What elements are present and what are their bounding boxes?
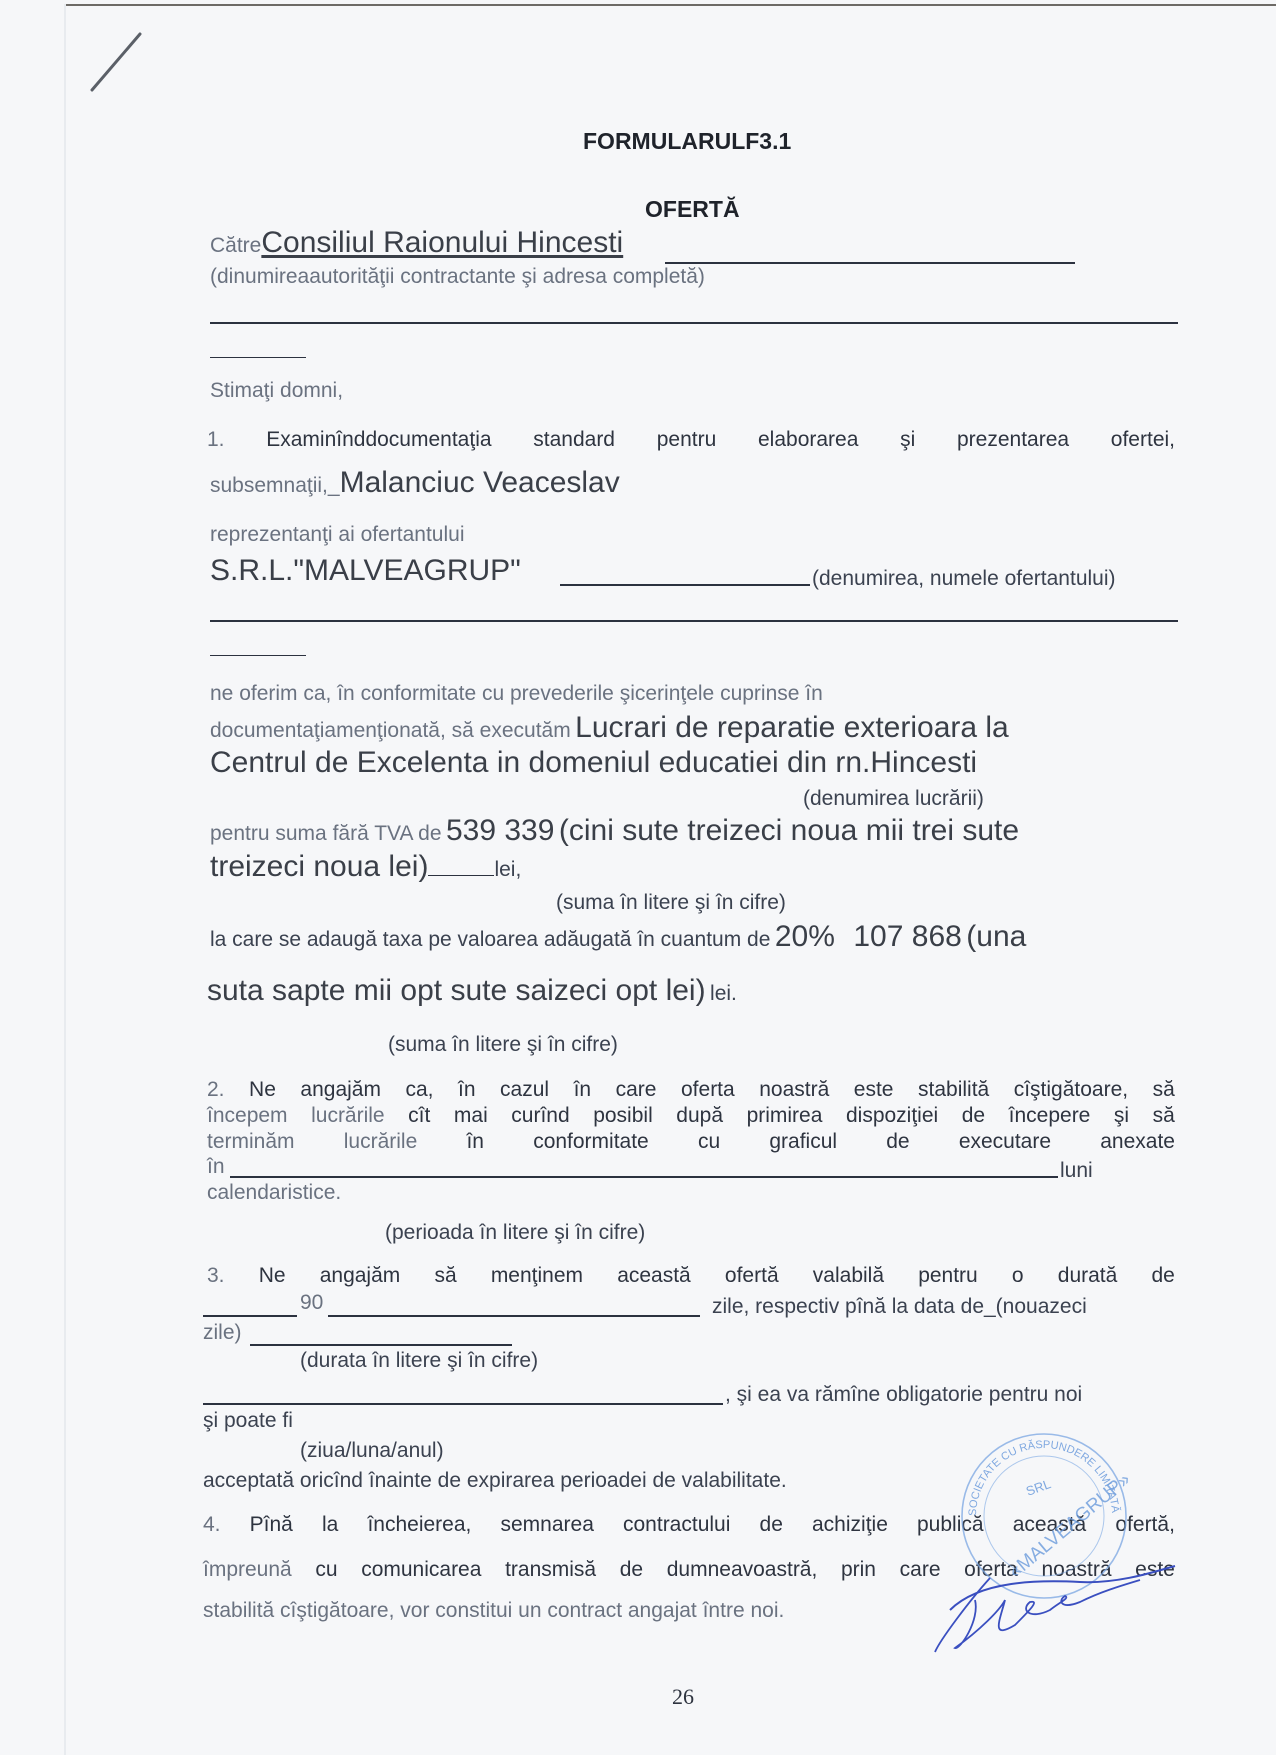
section2-line2: începem lucrările cît mai curînd posibil… [207,1104,1175,1128]
price-words: (cini sute treizeci noua mii trei sute [559,814,1019,847]
signature [920,1540,1180,1660]
page-number: 26 [672,1684,694,1710]
addressee-underline [665,262,1075,264]
work-caption: (denumirea lucrării) [803,788,984,809]
work-name-cont: Centrul de Excelenta in domeniul educati… [210,748,977,778]
section-number: 1. [207,428,225,452]
form-title: OFERTĂ [645,198,740,221]
greeting: Stimaţi domni, [210,380,343,401]
zile-label: zile) [203,1322,242,1343]
representatives-label: reprezentanţi ai ofertantului [210,524,465,545]
period-blank [230,1176,1058,1178]
calendar-label: calendaristice. [207,1182,341,1203]
offer-line2: documentaţiamenţionată, să executăm Lucr… [210,713,1009,743]
pen-stroke-mark [88,30,148,94]
validity-date-line: zile, respectiv pînă la data de_(nouazec… [712,1296,1087,1317]
section3-line1: 3. Ne angajăm să menţinem această ofertă… [207,1264,1175,1288]
section1-line1: 1. Examinînddocumentaţia standard pentru… [207,428,1175,452]
page-edge [66,4,1276,6]
blank-line [210,620,1178,622]
price-caption: (suma în litere şi în cifre) [556,892,786,913]
duration-value: 90 [300,1292,323,1313]
addressee: CătreConsiliul Raionului Hincesti [210,228,623,258]
price-line: pentru suma fără TVA de 539 339 (cini su… [210,816,1019,846]
work-name: Lucrari de reparatie exterioara la [575,711,1009,744]
may-be-label: şi poate fi [203,1410,293,1431]
offer-line1: ne oferim ca, în conformitate cu prevede… [210,683,823,704]
section2-line1: 2. Ne angajăm ca, în cazul în care ofert… [207,1078,1175,1102]
addressee-caption: (dinumireaautorităţii contractante şi ad… [210,266,705,287]
bidder-name: S.R.L."MALVEAGRUP" [210,554,521,587]
bidder-underline [560,584,810,586]
accepted-text: acceptată oricînd înainte de expirarea p… [203,1470,787,1491]
blank-line [210,322,1178,324]
validity-date-blank [250,1344,512,1346]
vat-caption: (suma în litere şi în cifre) [388,1034,618,1055]
signatories: subsemnaţii,_Malanciuc Veaceslav [210,468,620,498]
bidder-row: S.R.L."MALVEAGRUP" [210,556,521,586]
duration-caption: (durata în litere şi în cifre) [300,1350,538,1371]
date-caption: (ziua/luna/anul) [300,1440,444,1461]
signatory-name: Malanciuc Veaceslav [340,466,620,499]
section2-line3: terminăm lucrările în conformitate cu gr… [207,1130,1175,1154]
page-shadow [64,4,66,1755]
in-label: în [207,1156,225,1177]
binding-text: , şi ea va rămîne obligatorie pentru noi [725,1384,1082,1405]
vat-line2: suta sapte mii opt sute saizeci opt lei)… [207,976,737,1006]
vat-line: la care se adaugă taxa pe valoarea adăug… [210,922,1026,952]
form-code: FORMULARULF3.1 [583,130,791,153]
period-caption: (perioada în litere şi în cifre) [385,1222,645,1243]
duration-blank-right [328,1315,700,1317]
addressee-prefix: Către [210,234,261,257]
svg-text:SRL: SRL [1024,1476,1053,1499]
vat-rate: 20% [775,920,835,953]
addressee-name: Consiliul Raionului Hincesti [261,226,623,259]
bidder-caption: (denumirea, numele ofertantului) [812,568,1116,589]
blank-line-short [210,655,306,656]
section4-line3: stabilită cîştigătoare, vor constitui un… [203,1600,784,1621]
price-amount: 539 339 [446,814,554,847]
price-line2: treizeci noua lei)lei, [210,852,521,882]
date-blank [203,1403,723,1405]
vat-amount: 107 868 [853,920,961,953]
blank-line-short [210,357,306,358]
months-label: luni [1060,1160,1093,1181]
duration-blank-left [203,1315,297,1317]
